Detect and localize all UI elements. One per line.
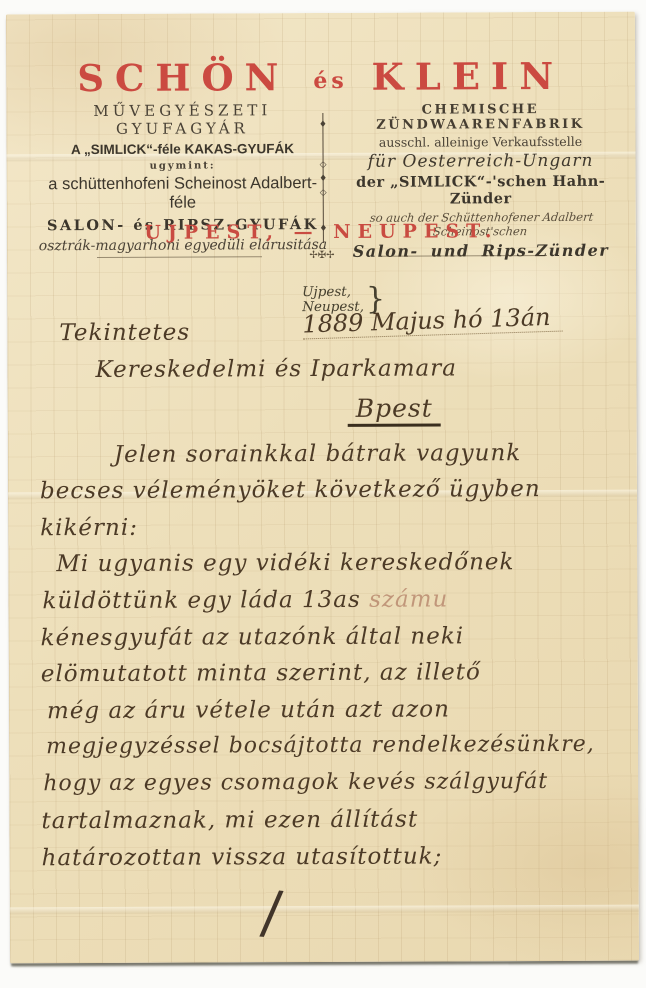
letterhead-columns: MŰVEGYÉSZETI GYUFAGYÁR A „SIMLICK“-féle … bbox=[6, 100, 635, 103]
printed-city-ujpest: Ujpest, bbox=[302, 285, 364, 300]
body-line: megjegyzéssel bocsájtotta rendelkezésünk… bbox=[46, 732, 595, 759]
dateline: Ujpest, Neupest, } 1889 Majus hó 13án bbox=[302, 284, 632, 336]
body-line: Mi ugyanis egy vidéki kereskedőnek bbox=[56, 549, 514, 577]
company-title-word1: SCHÖN bbox=[77, 55, 289, 100]
austria-hungary-de: für Oesterreich-Ungarn bbox=[337, 151, 625, 172]
body-line: elömutatott minta szerint, az illető bbox=[41, 659, 481, 687]
body-line: kikérni: bbox=[40, 515, 138, 541]
body-line: becses véleményöket következő ügyben bbox=[40, 476, 541, 504]
body-line: még az áru vétele után azt azon bbox=[47, 696, 450, 724]
simlick-matches-hu: A „SIMLICK“-féle KAKAS-GYUFÁK bbox=[36, 141, 328, 157]
body-line: kénesgyufát az utazónk által neki bbox=[41, 623, 465, 651]
ugymint-label: ugymint: bbox=[37, 160, 329, 172]
salutation-line2: Kereskedelmi és Iparkamara bbox=[95, 355, 457, 383]
page-continuation-mark: / bbox=[258, 877, 284, 947]
factory-name-de: CHEMISCHE ZÜNDWAARENFABRIK bbox=[336, 102, 624, 133]
body-line: hogy az egyes csomagok kevés szálgyufát bbox=[43, 769, 548, 796]
body-line: határozottan vissza utasítottuk; bbox=[42, 843, 443, 871]
scheinost-line-hu: a schüttenhofeni Scheinost Adalbert-féle bbox=[37, 174, 329, 213]
header-divider-ornament: ✢✠✢ bbox=[97, 250, 547, 262]
body-line: küldöttünk egy láda 13as számu bbox=[42, 586, 448, 614]
company-title-connector: és bbox=[313, 68, 348, 94]
company-title-word2: KLEIN bbox=[372, 54, 565, 99]
letterhead: SCHÖN és KLEIN MŰVEGYÉSZETI GYUFAGYÁR A … bbox=[6, 12, 635, 101]
company-title: SCHÖN és KLEIN bbox=[6, 54, 635, 101]
factory-name-hu: MŰVEGYÉSZETI GYUFAGYÁR bbox=[36, 101, 328, 138]
addressee-text: Bpest bbox=[348, 393, 441, 426]
body-line-faded-word: számu bbox=[369, 586, 448, 612]
body-line-main: küldöttünk egy láda 13as bbox=[42, 587, 360, 614]
letter-sheet: SCHÖN és KLEIN MŰVEGYÉSZETI GYUFAGYÁR A … bbox=[6, 12, 639, 964]
addressee: Bpest bbox=[348, 393, 441, 422]
city-line: UJPEST, — NEUPEST. bbox=[7, 220, 636, 245]
body-line: tartalmaznak, mi ezen állítást bbox=[41, 807, 418, 835]
fold-crease bbox=[10, 905, 639, 915]
sales-office-de: ausschl. alleinige Verkaufsstelle bbox=[336, 134, 624, 150]
simlick-zuender-de: der „SIMLICK“-'schen Hahn-Zünder bbox=[337, 173, 625, 208]
salutation-line1: Tekintetes bbox=[59, 320, 190, 347]
body-line: Jelen sorainkkal bátrak vagyunk bbox=[114, 440, 521, 468]
